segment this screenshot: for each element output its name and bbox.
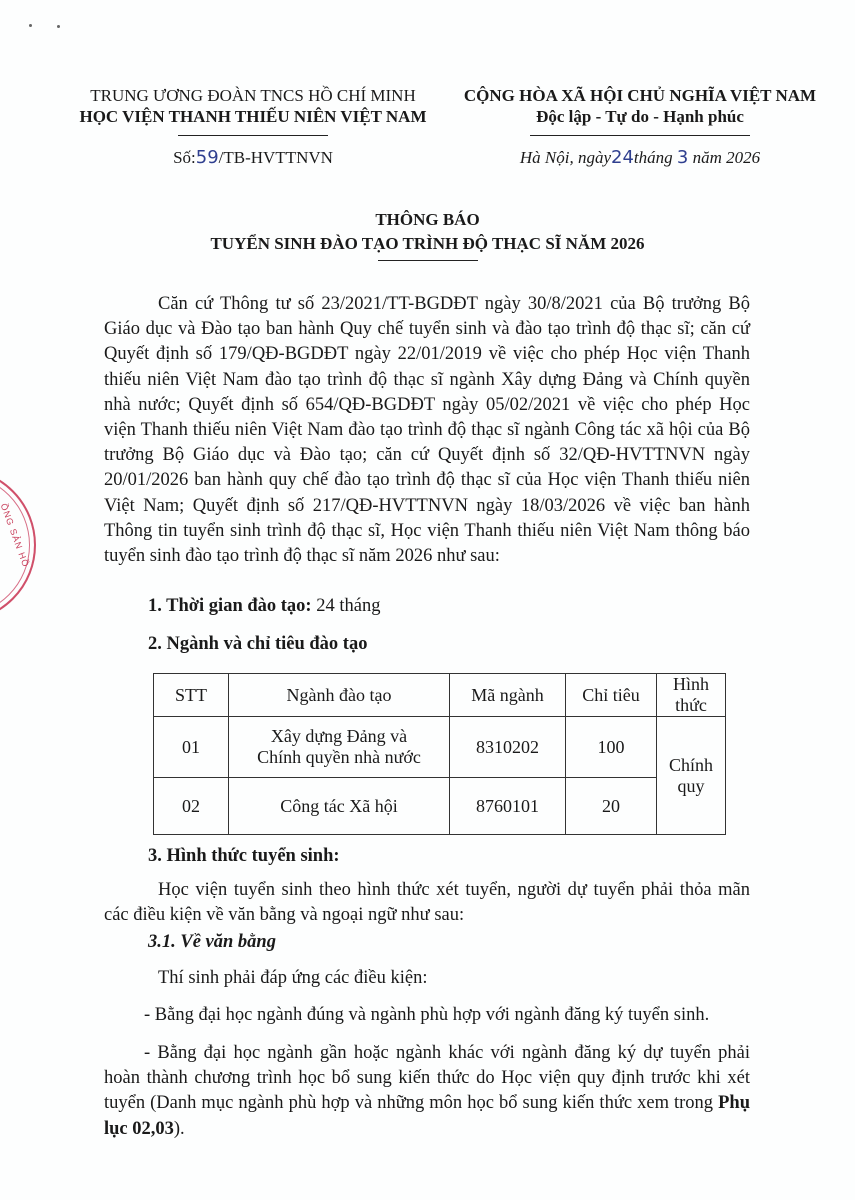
cell-code: 8760101 xyxy=(450,778,566,835)
cell-code: 8310202 xyxy=(450,717,566,778)
section-3-paragraph: Học viện tuyển sinh theo hình thức xét t… xyxy=(104,878,750,928)
intro-paragraph: Căn cứ Thông tư số 23/2021/TT-BGDĐT ngày… xyxy=(104,292,750,569)
section-1-training-duration: 1. Thời gian đào tạo: 24 tháng xyxy=(148,596,380,617)
scan-speck xyxy=(57,25,60,28)
bullet-2: - Bằng đại học ngành gần hoặc ngành khác… xyxy=(104,1041,750,1142)
table-row: 01 Xây dựng Đảng và Chính quyền nhà nước… xyxy=(154,717,726,778)
cell-mode: Chính quy xyxy=(657,717,726,835)
subsection-3-1-intro: Thí sinh phải đáp ứng các điều kiện: xyxy=(104,966,750,991)
header-code: Mã ngành xyxy=(450,674,566,717)
header-program: Ngành đào tạo xyxy=(229,674,450,717)
header-mode: Hình thức xyxy=(657,674,726,717)
national-motto-header: CỘNG HÒA XÃ HỘI CHỦ NGHĨA VIỆT NAM Độc l… xyxy=(440,85,840,136)
scan-speck xyxy=(29,24,32,27)
title-line-2: TUYỂN SINH ĐÀO TẠO TRÌNH ĐỘ THẠC SĨ NĂM … xyxy=(0,232,855,256)
handwritten-number: 59 xyxy=(196,147,219,168)
cell-program: Xây dựng Đảng và Chính quyền nhà nước xyxy=(229,717,450,778)
document-page: ỒNG SẢN HỒ TRUNG ƯƠNG ĐOÀN TNCS HỒ CHÍ M… xyxy=(0,0,855,1200)
title-divider xyxy=(378,260,478,261)
programs-quota-table: STT Ngành đào tạo Mã ngành Chỉ tiêu Hình… xyxy=(153,673,726,835)
table-row: 02 Công tác Xã hội 8760101 20 xyxy=(154,778,726,835)
header-stt: STT xyxy=(154,674,229,717)
bullet-1: - Bằng đại học ngành đúng và ngành phù h… xyxy=(104,1003,750,1028)
parent-organization: TRUNG ƯƠNG ĐOÀN TNCS HỒ CHÍ MINH xyxy=(58,85,448,106)
motto: Độc lập - Tự do - Hạnh phúc xyxy=(440,106,840,127)
cell-stt: 02 xyxy=(154,778,229,835)
cell-program: Công tác Xã hội xyxy=(229,778,450,835)
organization-name: HỌC VIỆN THANH THIẾU NIÊN VIỆT NAM xyxy=(58,106,448,127)
document-title: THÔNG BÁO TUYỂN SINH ĐÀO TẠO TRÌNH ĐỘ TH… xyxy=(0,208,855,261)
issue-date: Hà Nội, ngày24tháng 3 năm 2026 xyxy=(440,147,840,168)
cell-quota: 20 xyxy=(566,778,657,835)
divider xyxy=(178,135,328,136)
cell-stt: 01 xyxy=(154,717,229,778)
issuing-agency-header: TRUNG ƯƠNG ĐOÀN TNCS HỒ CHÍ MINH HỌC VIỆ… xyxy=(58,85,448,136)
handwritten-month: 3 xyxy=(677,147,688,168)
title-line-1: THÔNG BÁO xyxy=(0,208,855,232)
document-number: Số:59/TB-HVTTNVN xyxy=(58,147,448,168)
country-name: CỘNG HÒA XÃ HỘI CHỦ NGHĨA VIỆT NAM xyxy=(440,85,840,106)
header-quota: Chỉ tiêu xyxy=(566,674,657,717)
handwritten-day: 24 xyxy=(611,147,634,168)
subsection-3-1-heading: 3.1. Về văn bằng xyxy=(148,932,276,953)
section-2-heading: 2. Ngành và chỉ tiêu đào tạo xyxy=(148,634,367,655)
divider xyxy=(530,135,750,136)
section-3-heading: 3. Hình thức tuyển sinh: xyxy=(148,846,340,867)
cell-quota: 100 xyxy=(566,717,657,778)
